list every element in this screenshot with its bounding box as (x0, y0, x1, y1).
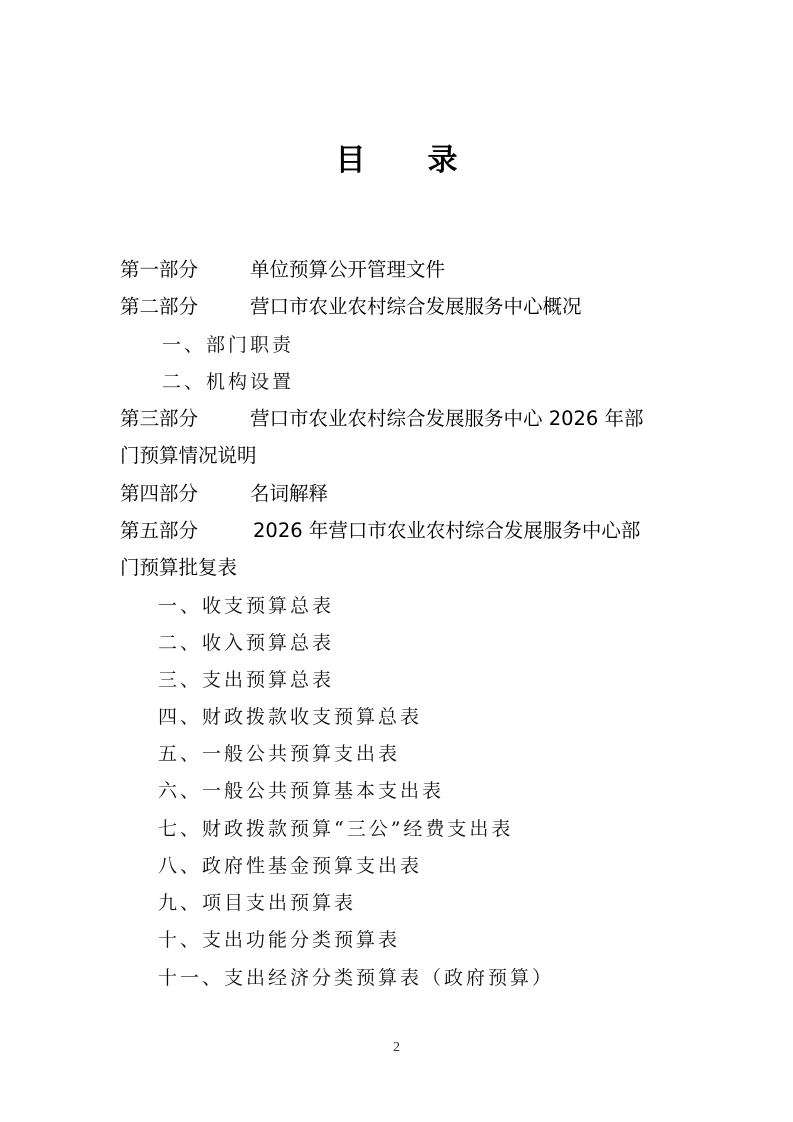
toc-item[interactable]: 一、部门职责 (162, 333, 294, 357)
toc-item[interactable]: 一、收支预算总表 (158, 594, 334, 618)
toc-item[interactable]: 九、项目支出预算表 (158, 891, 356, 915)
toc-part-3-continued[interactable]: 门预算情况说明 (120, 444, 257, 468)
toc-part-5-continued[interactable]: 门预算批复表 (120, 556, 237, 580)
part-title: 营口市农业农村综合发展服务中心 2026 年部 (250, 407, 644, 430)
toc-part-4[interactable]: 第四部分名词解释 (120, 482, 328, 506)
page-number: 2 (0, 1040, 793, 1056)
part-title: 营口市农业农村综合发展服务中心概况 (250, 295, 582, 318)
toc-item[interactable]: 六、一般公共预算基本支出表 (158, 779, 444, 803)
toc-item[interactable]: 四、财政拨款收支预算总表 (158, 705, 422, 729)
part-label: 第二部分 (120, 295, 250, 319)
title-char-1: 目 (336, 135, 366, 179)
toc-item[interactable]: 七、财政拨款预算“三公”经费支出表 (158, 817, 513, 841)
part-title: 单位预算公开管理文件 (250, 258, 445, 281)
toc-item[interactable]: 十、支出功能分类预算表 (158, 928, 400, 952)
part-label: 第四部分 (120, 482, 250, 506)
toc-item[interactable]: 十一、支出经济分类预算表（政府预算） (158, 966, 554, 990)
part-label: 第五部分 (120, 519, 253, 543)
toc-part-2[interactable]: 第二部分营口市农业农村综合发展服务中心概况 (120, 295, 582, 319)
part-label: 第三部分 (120, 407, 250, 431)
toc-part-5[interactable]: 第五部分2026 年营口市农业农村综合发展服务中心部 (120, 519, 640, 543)
toc-item[interactable]: 三、支出预算总表 (158, 668, 334, 692)
part-title: 名词解释 (250, 482, 328, 505)
toc-part-1[interactable]: 第一部分单位预算公开管理文件 (120, 258, 445, 282)
toc-item[interactable]: 二、机构设置 (162, 370, 294, 394)
toc-item[interactable]: 五、一般公共预算支出表 (158, 742, 400, 766)
part-title: 2026 年营口市农业农村综合发展服务中心部 (253, 519, 640, 542)
page-title: 目录 (0, 135, 793, 179)
toc-part-3[interactable]: 第三部分营口市农业农村综合发展服务中心 2026 年部 (120, 407, 644, 431)
toc-item[interactable]: 二、收入预算总表 (158, 631, 334, 655)
toc-item[interactable]: 八、政府性基金预算支出表 (158, 854, 422, 878)
part-label: 第一部分 (120, 258, 250, 282)
title-char-2: 录 (428, 135, 458, 179)
